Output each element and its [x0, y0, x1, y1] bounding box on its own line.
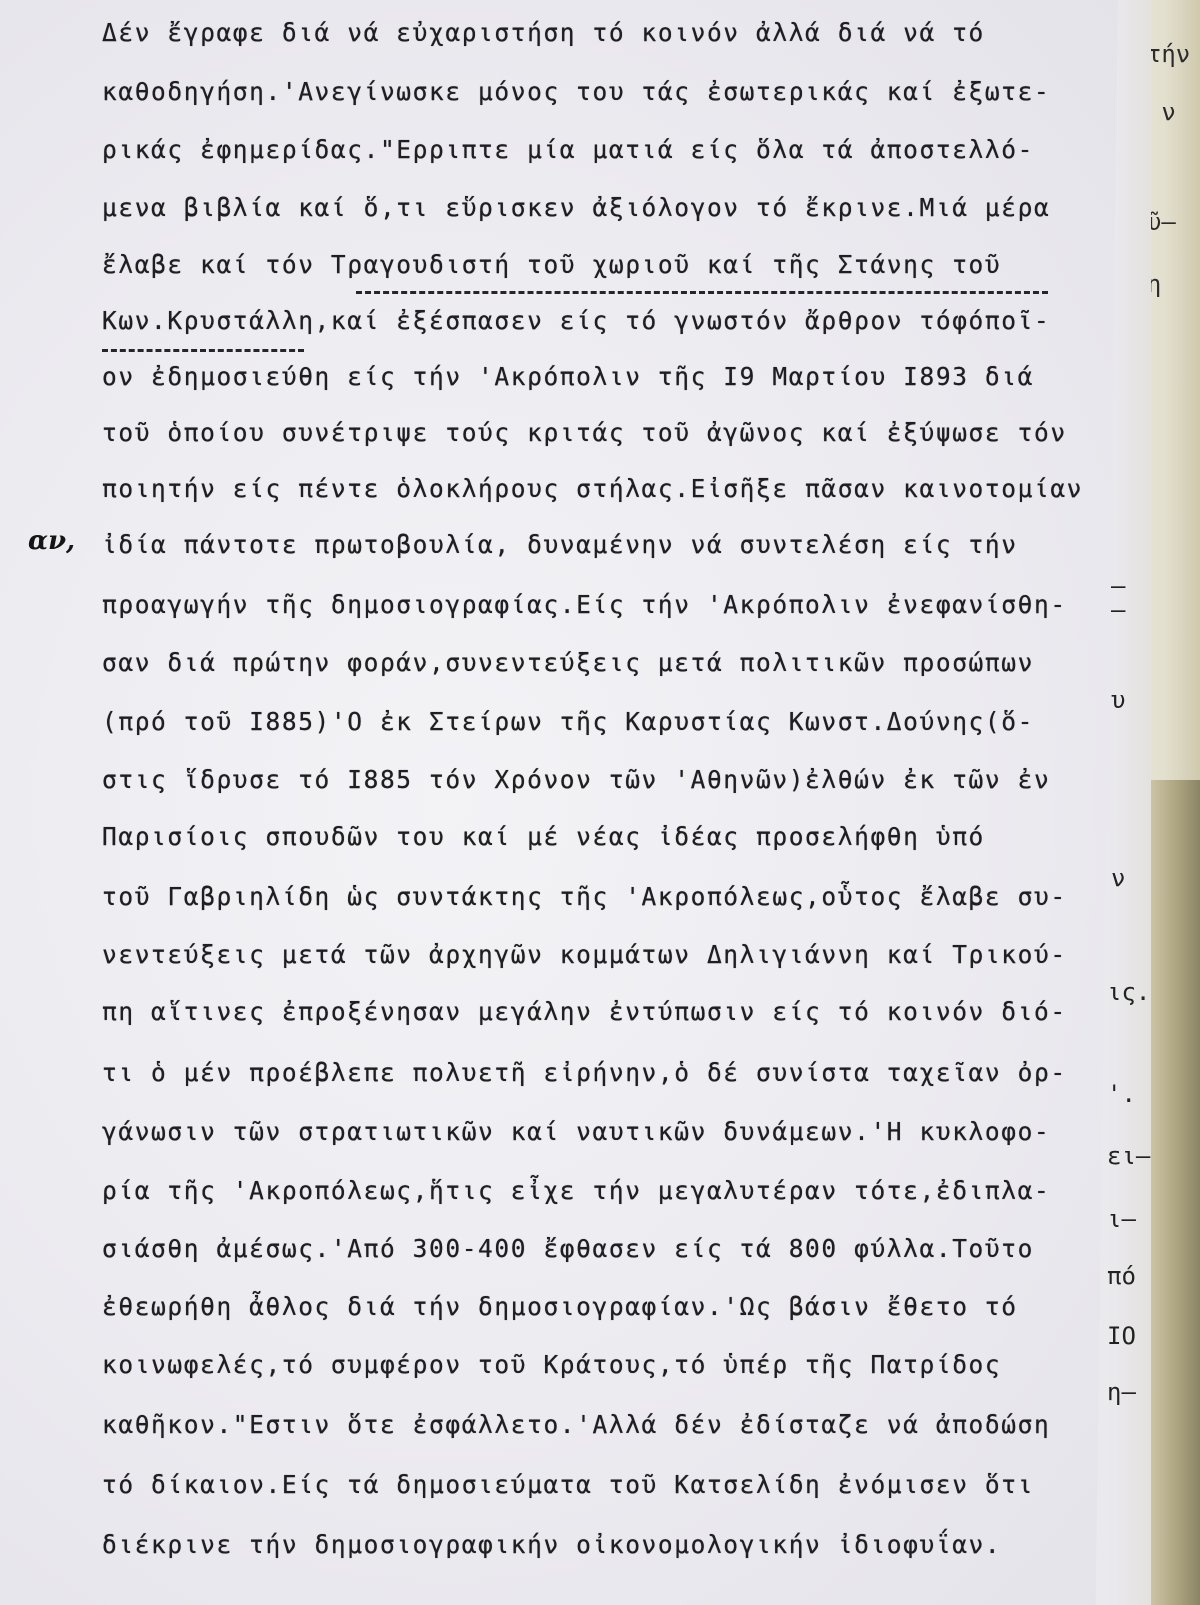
text-line: ἐθεωρήθη ἆθλος διά τήν δημοσιογραφίαν.'Ω… — [102, 1292, 1018, 1321]
text-line: μενα βιβλία καί ὅ,τι εὕρισκεν ἀξιόλογον … — [102, 193, 1050, 222]
middle-page-fragment: ις. — [1107, 978, 1150, 1006]
middle-page-fragment: ΙΟ — [1107, 1322, 1136, 1350]
middle-page-fragment: ει– — [1107, 1142, 1150, 1170]
text-line: προαγωγήν τῆς δημοσιογραφίας.Είς τήν 'Ακ… — [102, 590, 1067, 619]
back-page-shadow — [1150, 780, 1200, 1605]
handwritten-margin-note: αν, — [28, 526, 75, 556]
middle-page-fragment: ι– — [1107, 1205, 1136, 1233]
text-line: ἰδία πάντοτε πρωτοβουλία, δυναμένην νά σ… — [102, 530, 1018, 559]
author-underline — [102, 349, 304, 352]
text-line: Δέν ἔγραφε διά νά εὐχαριστήση τό κοινόν … — [102, 18, 985, 47]
text-line: τοῦ ὁποίου συνέτριψε τούς κριτάς τοῦ ἀγῶ… — [102, 418, 1067, 447]
middle-page-fragment: ν — [1111, 864, 1125, 892]
text-line: πη αἵτινες ἐπροξένησαν μεγάλην ἐντύπωσιν… — [102, 997, 1067, 1026]
text-line: στις ἵδρυσε τό Ι885 τόν Χρόνον τῶν 'Αθην… — [102, 765, 1050, 794]
text-line: διέκρινε τήν δημοσιογραφικήν οἰκονομολογ… — [102, 1530, 1001, 1559]
text-line: καθῆκον."Εστιν ὅτε ἐσφάλλετο.'Αλλά δέν ἐ… — [102, 1410, 1050, 1439]
text-line: ρία τῆς 'Ακροπόλεως,ἥτις εἶχε τήν μεγαλυ… — [102, 1176, 1050, 1205]
middle-page-fragment: η– — [1107, 1378, 1136, 1406]
middle-page-fragment: υ — [1111, 686, 1125, 714]
text-line: ρικάς ἐφημερίδας."Ερριπτε μία ματιά είς … — [102, 135, 1034, 164]
text-line: καθοδηγήση.'Ανεγίνωσκε μόνος του τάς ἐσω… — [102, 77, 1050, 106]
text-line: σαν διά πρώτην φοράν,συνεντεύξεις μετά π… — [102, 648, 1034, 677]
text-line: νεντεύξεις μετά τῶν ἀρχηγῶν κομμάτων Δηλ… — [102, 940, 1067, 969]
text-line: τοῦ Γαβριηλίδη ὡς συντάκτης τῆς 'Ακροπόλ… — [102, 882, 1067, 911]
text-line: (πρό τοῦ Ι885)'Ο ἐκ Στείρων τῆς Καρυστία… — [102, 707, 1034, 736]
text-line: κοινωφελές,τό συμφέρον τοῦ Κράτους,τό ὑπ… — [102, 1350, 1001, 1379]
title-underline — [356, 291, 1048, 294]
text-line: ποιητήν είς πέντε ὁλοκλήρους στήλας.Εἰσῆ… — [102, 474, 1083, 503]
text-line: Παρισίοις σπουδῶν του καί μέ νέας ἰδέας … — [102, 822, 985, 851]
middle-page-fragment: πό — [1107, 1262, 1136, 1290]
text-line: σιάσθη ἀμέσως.'Από 300-400 ἔφθασεν είς τ… — [102, 1234, 1034, 1263]
text-line: ον ἐδημοσιεύθη είς τήν 'Ακρόπολιν τῆς Ι9… — [102, 362, 1034, 391]
text-line: τι ὁ μέν προέβλεπε πολυετῆ εἰρήνην,ὁ δέ … — [102, 1058, 1067, 1087]
middle-page-fragment: '. — [1107, 1080, 1136, 1108]
typewritten-page: αν, Δέν ἔγραφε διά νά εὐχαριστήση τό κοι… — [0, 0, 1118, 1605]
text-line: τό δίκαιον.Είς τά δημοσιεύματα τοῦ Κατσε… — [102, 1470, 1034, 1499]
text-line: Κων.Κρυστάλλη,καί ἐξέσπασεν είς τό γνωστ… — [102, 306, 1050, 335]
text-line: γάνωσιν τῶν στρατιωτικῶν καί ναυτικῶν δυ… — [102, 1117, 1050, 1146]
text-line: ἔλαβε καί τόν Τραγουδιστή τοῦ χωριοῦ καί… — [102, 250, 1001, 279]
middle-page-fragment: – — [1111, 596, 1125, 624]
